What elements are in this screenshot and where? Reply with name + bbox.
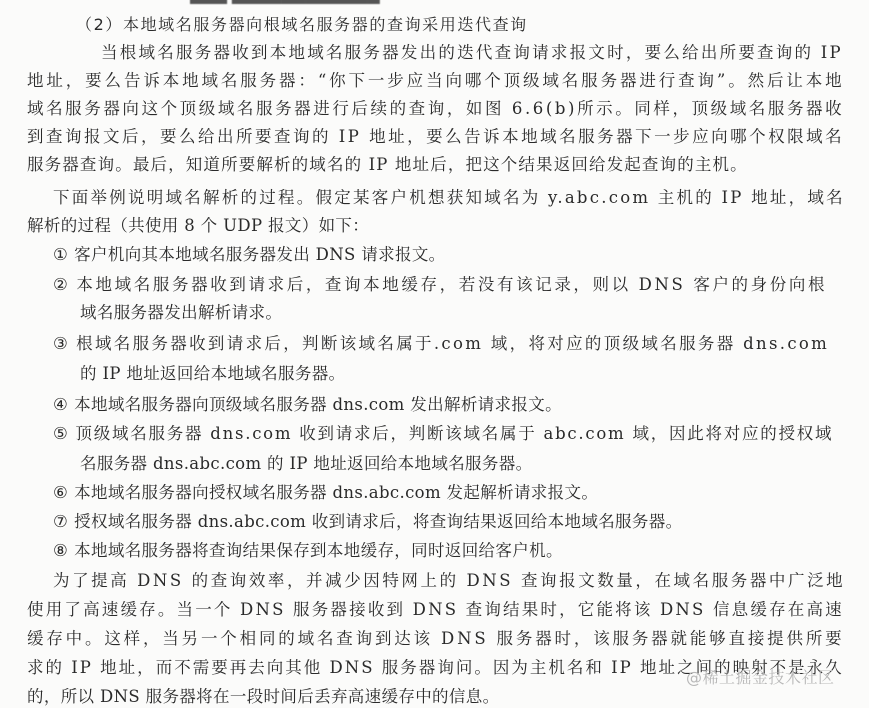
paragraph-3-line-2: 使用了高速缓存。当一个 DNS 服务器接收到 DNS 查询结果时，它能将该 DN… (27, 599, 844, 621)
step-marker: ① (53, 244, 68, 266)
document-page: ▇▇▇ ▇▇▇▇▇▇▇▇▇▇▇▇ （2）本地域名服务器向根域名服务器的查询采用迭… (0, 0, 869, 708)
paragraph-1-line-5: 服务器查询。最后，知道所要解析的域名的 IP 地址后，把这个结果返回给发起查询的… (27, 154, 748, 176)
step-marker: ⑧ (53, 540, 68, 562)
step-marker: ② (53, 274, 70, 296)
paragraph-1-line-2: 地址，要么告诉本地域名服务器：“你下一步应当向哪个顶级域名服务器进行查询”。然后… (27, 70, 845, 92)
paragraph-1-line-3: 域名服务器向这个顶级域名服务器进行后续的查询，如图 6.6(b)所示。同样，顶级… (27, 98, 844, 120)
step-4: ④本地域名服务器向顶级域名服务器 dns.com 发出解析请求报文。 (53, 394, 562, 416)
step-marker: ④ (53, 394, 68, 416)
step-5: ⑤顶级域名服务器 dns.com 收到请求后，判断该域名属于 abc.com 域… (53, 423, 833, 445)
step-7: ⑦授权域名服务器 dns.abc.com 收到请求后，将查询结果返回给本地域名服… (53, 511, 682, 533)
section-heading: （2）本地域名服务器向根域名服务器的查询采用迭代查询 (76, 14, 528, 36)
step-2: ②本地域名服务器收到请求后，查询本地缓存，若没有该记录，则以 DNS 客户的身份… (53, 274, 827, 296)
step-2-continuation: 域名服务器发出解析请求。 (80, 302, 282, 324)
paragraph-1-line-1: 当根域名服务器收到本地域名服务器发出的迭代查询请求报文时，要么给出所要查询的 I… (101, 42, 843, 64)
step-marker: ⑥ (53, 482, 68, 504)
paragraph-1-line-4: 到查询报文后，要么给出所要查询的 IP 地址，要么告诉本地域名服务器下一步应向哪… (27, 126, 844, 148)
paragraph-2-line-2: 解析的过程（共使用 8 个 UDP 报文）如下： (27, 215, 369, 237)
step-marker: ③ (53, 333, 70, 355)
step-3: ③根域名服务器收到请求后，判断该域名属于.com 域，将对应的顶级域名服务器 d… (53, 333, 829, 355)
step-3-continuation: 的 IP 地址返回给本地域名服务器。 (80, 363, 345, 385)
paragraph-2-line-1: 下面举例说明域名解析的过程。假定某客户机想获知域名为 y.abc.com 主机的… (53, 187, 845, 209)
paragraph-3-line-3: 缓存中。这样，当另一个相同的域名查询到达该 DNS 服务器时，该服务器就能够直接… (27, 628, 844, 650)
paragraph-3-line-5: 的，所以 DNS 服务器将在一段时间后丢弃高速缓存中的信息。 (27, 686, 499, 708)
cut-off-figure-caption: ▇▇▇ ▇▇▇▇▇▇▇▇▇▇▇▇ (190, 0, 590, 4)
step-marker: ⑤ (53, 423, 70, 445)
paragraph-3-line-1: 为了提高 DNS 的查询效率，并减少因特网上的 DNS 查询报文数量，在域名服务… (53, 570, 845, 592)
watermark: @稀土掘金技术社区 (686, 665, 835, 688)
step-6: ⑥本地域名服务器向授权域名服务器 dns.abc.com 发起解析请求报文。 (53, 482, 598, 504)
step-marker: ⑦ (53, 511, 68, 533)
step-1: ①客户机向其本地域名服务器发出 DNS 请求报文。 (53, 244, 446, 266)
step-5-continuation: 名服务器 dns.abc.com 的 IP 地址返回给本地域名服务器。 (80, 453, 532, 475)
step-8: ⑧本地域名服务器将查询结果保存到本地缓存，同时返回给客户机。 (53, 540, 563, 562)
